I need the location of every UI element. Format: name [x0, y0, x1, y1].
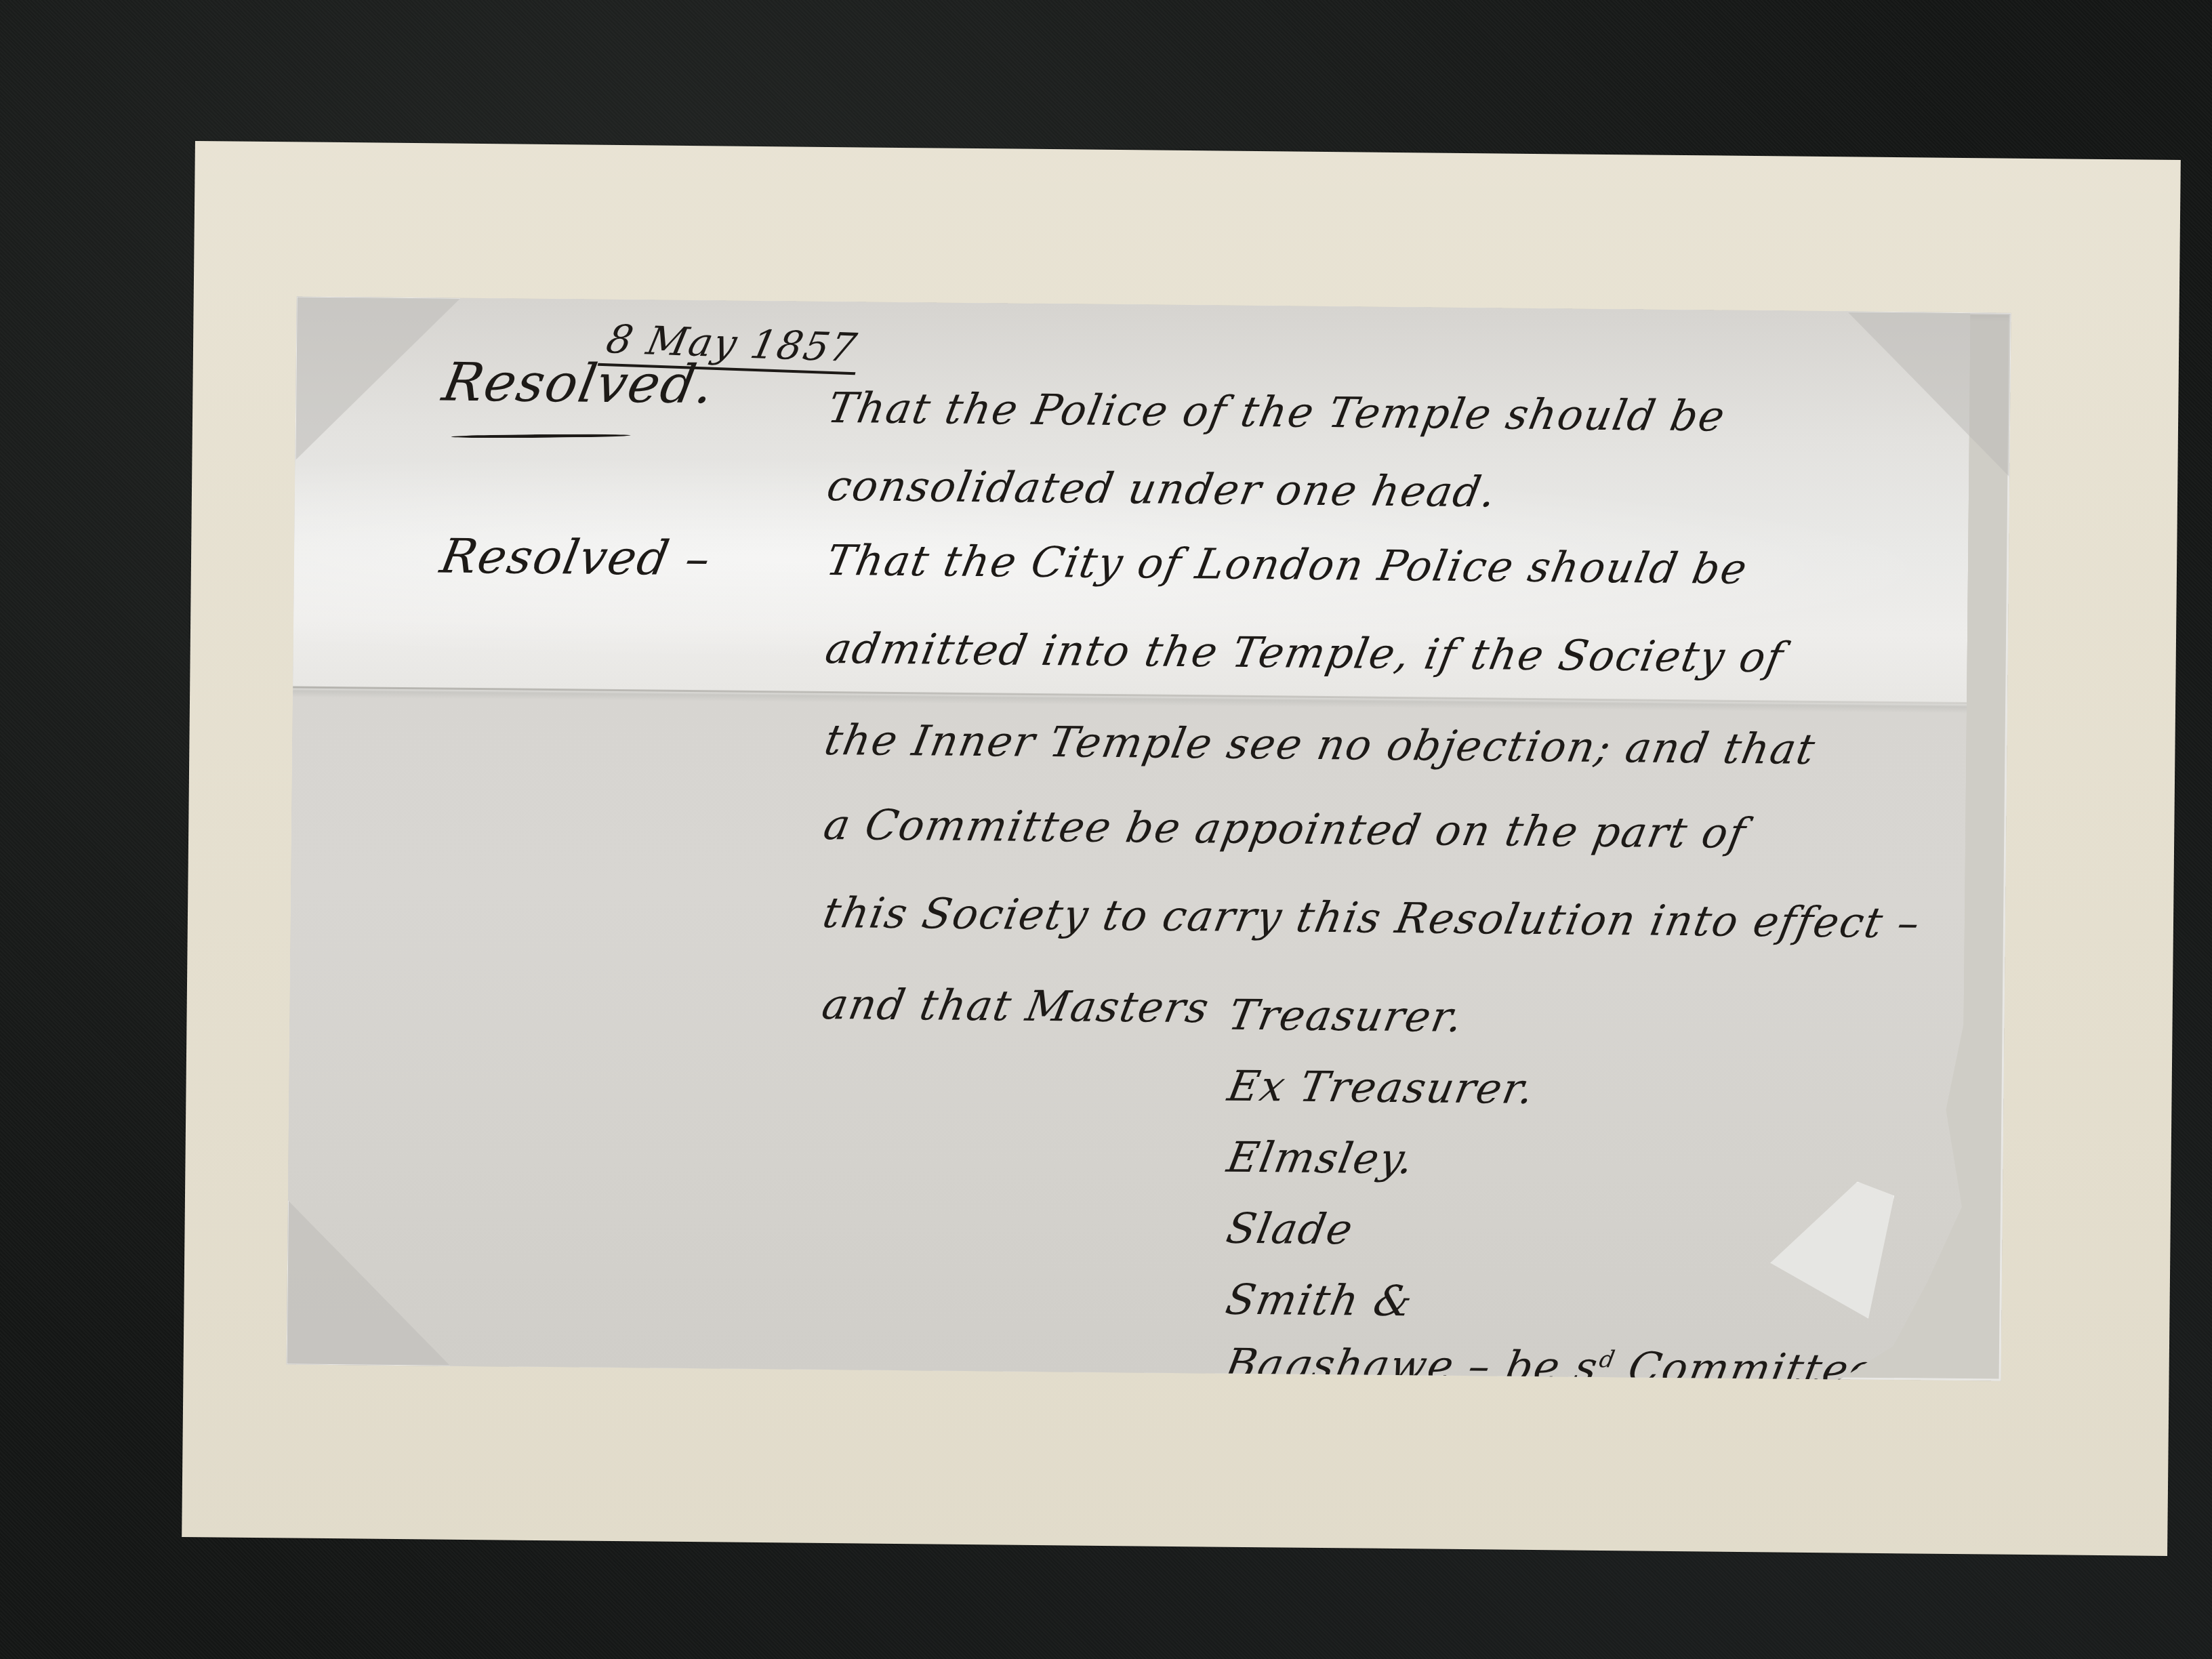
manuscript-sheet: 8 May 1857 Resolved. That the Police of … [287, 296, 1971, 1380]
mount-board: 8 May 1857 Resolved. That the Police of … [182, 141, 2181, 1556]
resolution-2-line-6: and that Masters [818, 979, 1214, 1032]
resolution-1-line-2: consolidated under one head. [823, 461, 1501, 516]
resolution-2-line-1: That the City of London Police should be [823, 535, 1753, 594]
resolution-2-line-2: admitted into the Temple, if the Society… [821, 623, 1788, 682]
resolution-1-label: Resolved. [438, 352, 720, 416]
committee-member-6-and-closing: Bagshawe – be sd Committee [1221, 1339, 1879, 1381]
closing-tail: Committee [1610, 1343, 1880, 1380]
committee-member-4: Slade [1223, 1204, 1357, 1254]
committee-member-2: Ex Treasurer. [1224, 1061, 1539, 1113]
resolution-2-line-5: this Society to carry this Resolution in… [819, 888, 1925, 947]
resolution-1-line-1: That the Police of the Temple should be [824, 383, 1730, 441]
resolution-1-underline [451, 434, 631, 438]
committee-member-1: Treasurer. [1225, 990, 1468, 1042]
mat-window: 8 May 1857 Resolved. That the Police of … [287, 296, 2011, 1380]
resolution-2-line-4: a Committee be appointed on the part of [820, 800, 1750, 858]
paper-fold-line [287, 686, 1967, 704]
committee-member-3: Elmsley. [1223, 1132, 1418, 1184]
committee-member-6: Bagshawe [1221, 1339, 1458, 1381]
resolution-2-line-3: the Inner Temple see no objection; and t… [821, 715, 1820, 774]
committee-member-5: Smith & [1222, 1275, 1417, 1326]
closing-text: – be s [1465, 1341, 1603, 1380]
resolution-2-label: Resolved – [436, 529, 716, 587]
